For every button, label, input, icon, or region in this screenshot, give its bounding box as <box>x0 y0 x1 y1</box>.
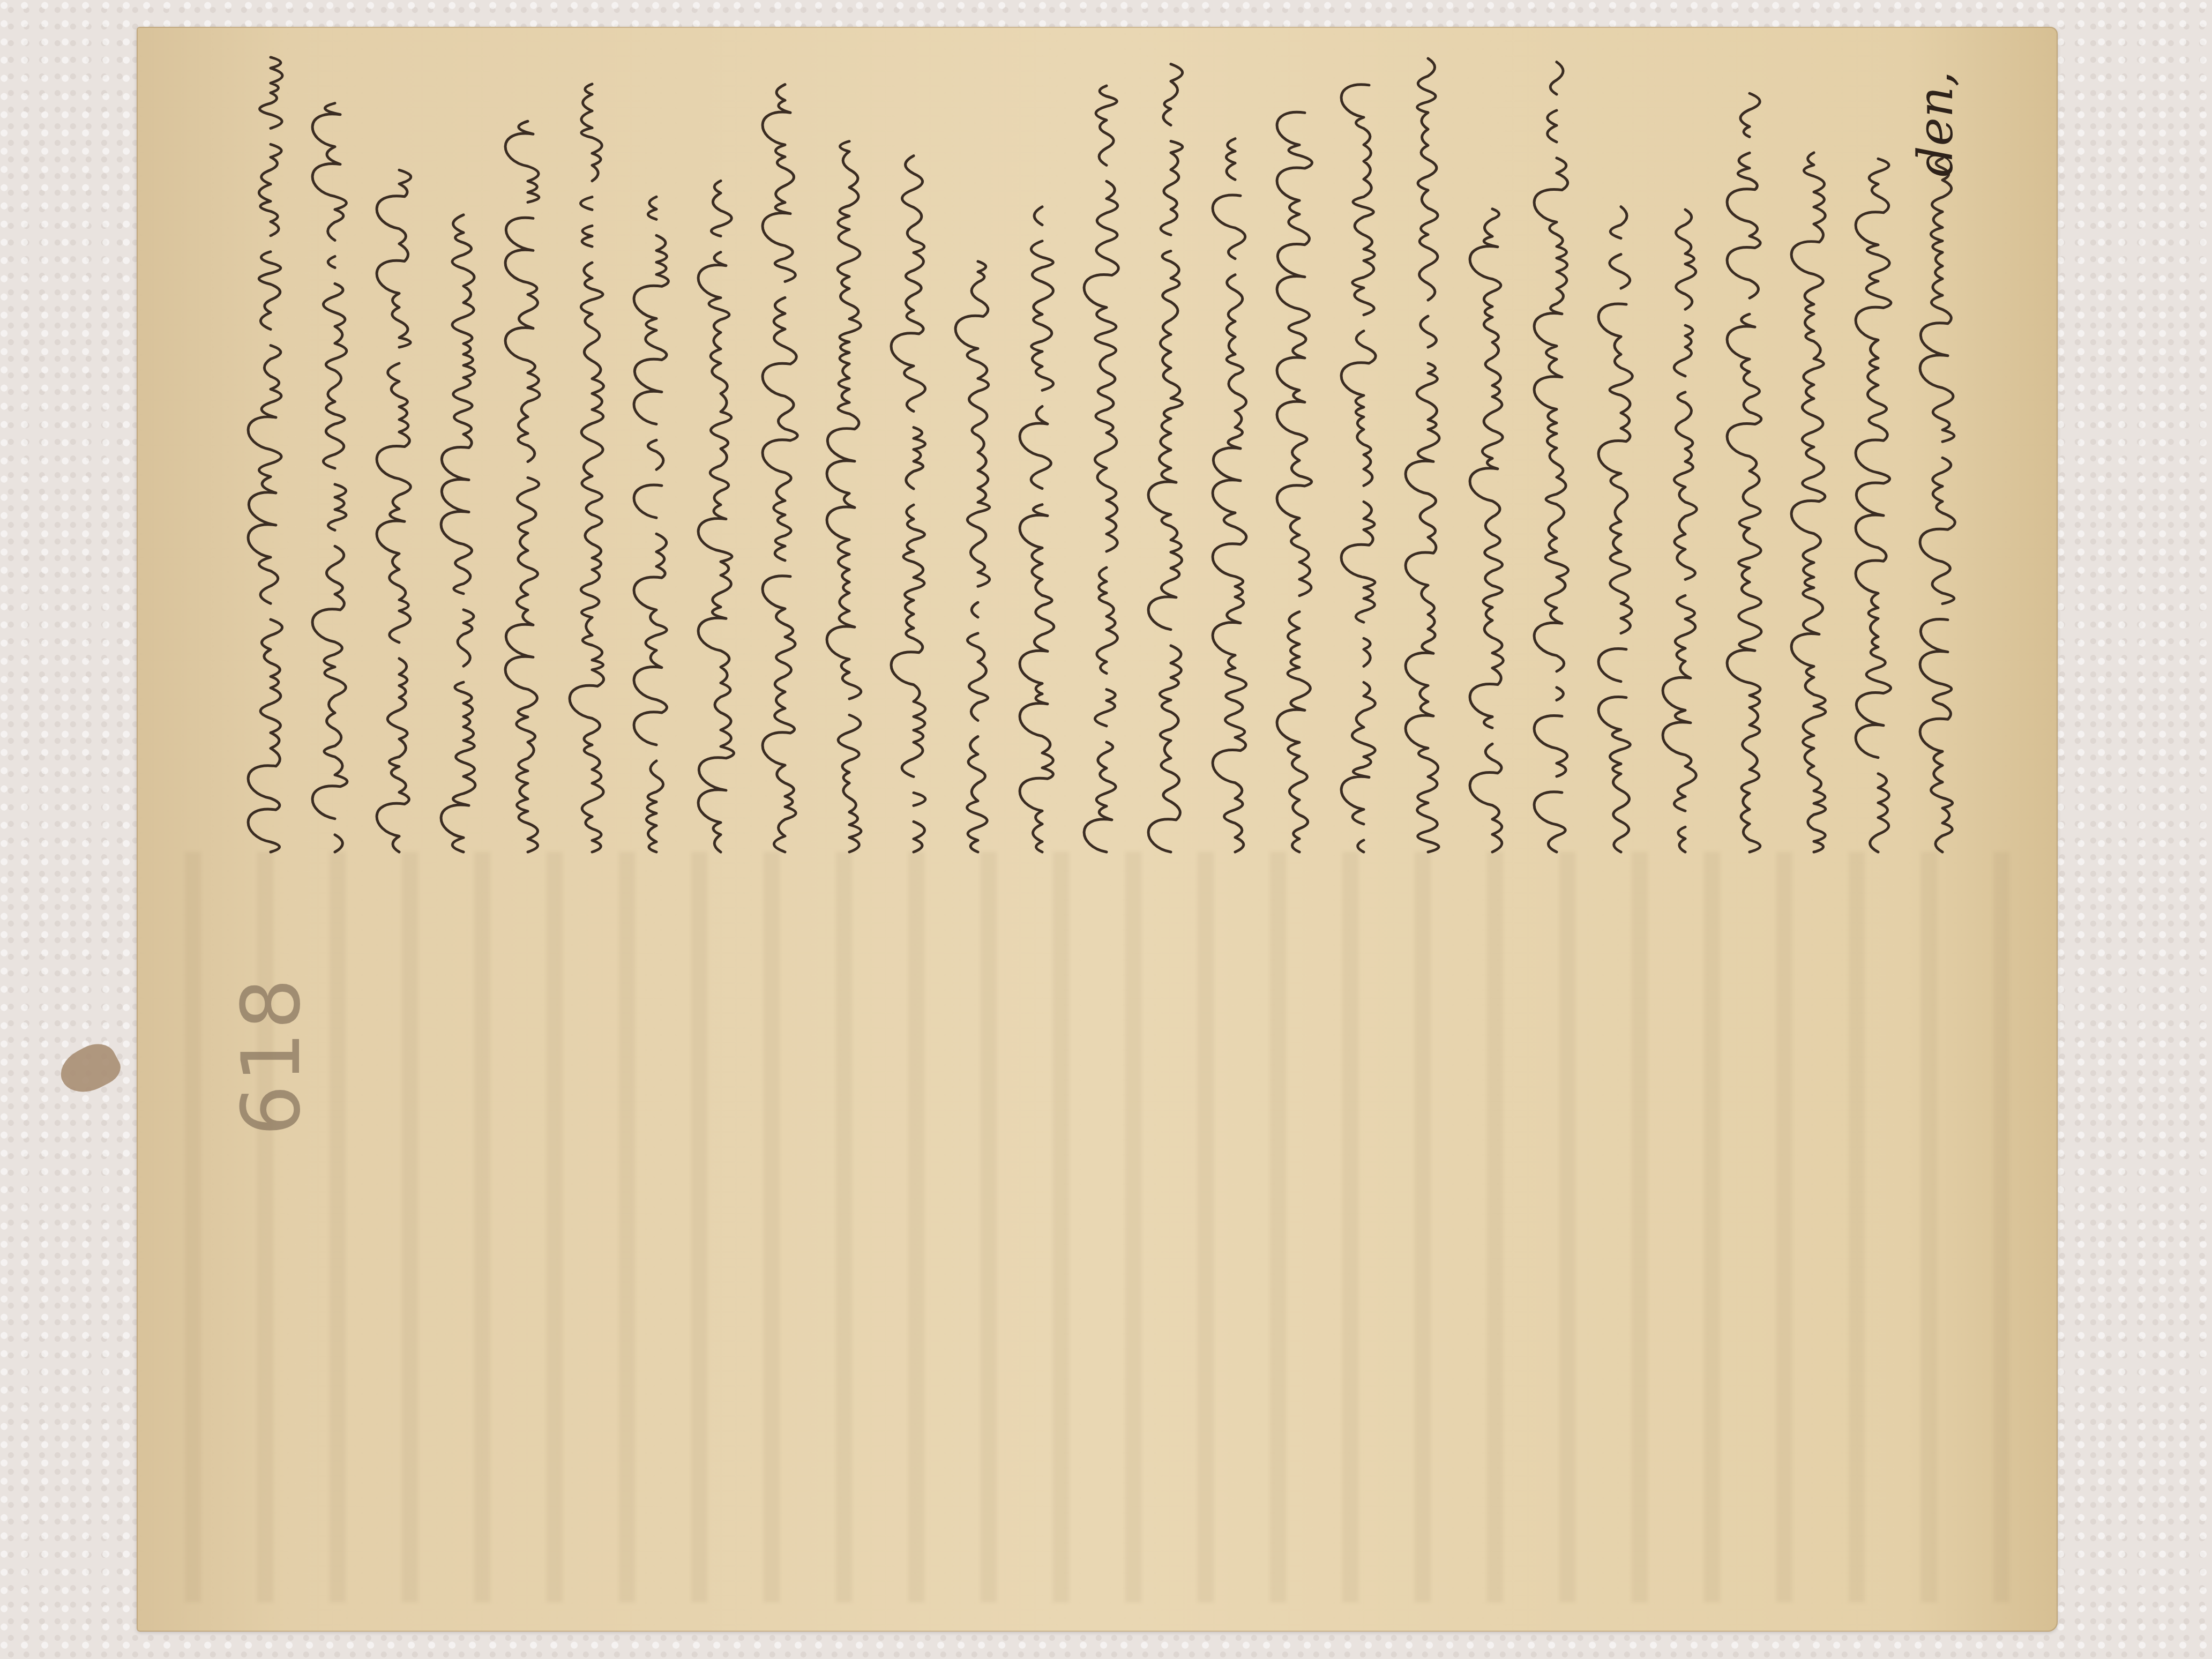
handwritten-line: da war und sich fortbewegt hatte, <box>1203 59 1266 863</box>
line-text: in den Quartieren befürchtet. <box>1523 59 1524 59</box>
handwritten-line: wurden, bis kamen und in einigen <box>1846 59 1909 863</box>
line-text: der lange Dienst gebracht, in <box>495 59 495 59</box>
handwritten-line: Generalen etc. die Kompagnie bringt, <box>1074 59 1138 863</box>
closing-fragment: den, <box>1908 71 1964 177</box>
bleed-through-text-from-reverse <box>137 852 2058 1602</box>
handwritten-line: nicht, daß er nachfolgend. Die Tage <box>1717 59 1781 863</box>
handwritten-line: da hatte er und den Marsch zu <box>1653 59 1716 863</box>
line-text: Er machte nicht 1/4 Stunde, so gehalten <box>1588 59 1588 59</box>
line-text: wurden, bis kamen und in einigen <box>1909 59 1910 59</box>
line-text: mit seinem großen Gefolge von <box>1073 59 1074 59</box>
handwritten-line: welchen niedrigst und keine Wacht, <box>496 59 559 863</box>
line-text: zitternd und als er etwa 500 Schritt, <box>1202 59 1202 59</box>
line-text: hinein linderung, ich war der Stelle <box>623 59 624 59</box>
line-text: und die Gegend bewohnt haben, <box>1652 59 1653 59</box>
line-text: ich hatte nun, und dann Schüttkern, <box>366 59 367 59</box>
line-text: Linien stehen, und über Zunächst <box>1974 59 1974 59</box>
paper-fragment-on-towel <box>54 1036 126 1102</box>
handwritten-line: Linien stehen, und über Zunächst <box>1910 59 1974 863</box>
line-text: denn in Mozart's Zuin gebracht, <box>430 59 431 59</box>
handwritten-line: für mich wird nicht unerfreulich, denn <box>238 59 302 863</box>
line-text: Zeiten zurück fort, doch nicht weit, <box>816 59 817 59</box>
handwritten-line: hinein linderung, ich war der Stelle <box>560 59 623 863</box>
line-text: da hatte er und den Marsch zu <box>1716 59 1717 59</box>
handwritten-text-block: für mich wird nicht unerfreulich, dennic… <box>238 59 2076 895</box>
handwritten-line: Zeiten zurück fort, doch nicht weit, <box>753 59 816 863</box>
line-text: Wir langten an dem Kommenden bis <box>945 59 945 59</box>
line-text: gens erfahren wir den Abzug bei <box>752 59 752 59</box>
line-text: Generalen etc. die Kompagnie bringt, <box>1138 59 1138 59</box>
handwritten-line: wenig nützlich. Am andern Mor- <box>624 59 687 863</box>
handwritten-line: zitternd und als er etwa 500 Schritt, <box>1139 59 1202 863</box>
handwritten-line: Wir langten an dem Kommenden bis <box>881 59 945 863</box>
line-text: für mich wird nicht unerfreulich, denn <box>302 59 302 59</box>
handwritten-line: denn in Mozart's Zuin gebracht, <box>367 59 430 863</box>
line-text: grenzenlos und gänzlich niedrig auf <box>1395 59 1395 59</box>
pencil-page-number: 618 <box>225 976 318 1136</box>
line-text: am wenigstens, wir nicht bekannt <box>1845 59 1845 59</box>
handwritten-line: daß er leicht von den Truppen ab, <box>1267 59 1331 863</box>
handwritten-line: gens erfahren wir den Abzug bei <box>689 59 752 863</box>
handwritten-line: mit seinem großen Gefolge von <box>1010 59 1073 863</box>
line-text: um Mittag, da kam Napoleon <box>1009 59 1010 59</box>
line-text: seinen Zug, Still, die nämliche Stück <box>1459 59 1460 59</box>
handwritten-line: grenzenlos und gänzlich niedrig auf <box>1332 59 1395 863</box>
handwritten-line: in den Quartieren befürchtet. <box>1460 59 1523 863</box>
handwritten-line: da wir Abend ein Quartier nehmen. <box>817 59 880 863</box>
line-text: daß er leicht von den Truppen ab, <box>1331 59 1331 59</box>
handwritten-line: seinen Zug, Still, die nämliche Stück <box>1396 59 1459 863</box>
line-text: da war und sich fortbewegt hatte, <box>1266 59 1267 59</box>
handwritten-line: um Mittag, da kam Napoleon <box>946 59 1009 863</box>
handwritten-line: ich hatte nun, und dann Schüttkern, <box>303 59 366 863</box>
line-text: nicht, daß er nachfolgend. Die Tage <box>1781 59 1781 59</box>
line-text: welchen niedrigst und keine Wacht, <box>559 59 559 59</box>
handwritten-line: der lange Dienst gebracht, in <box>431 59 495 863</box>
line-text: wenig nützlich. Am andern Mor- <box>687 59 688 59</box>
handwritten-line: Er machte nicht 1/4 Stunde, so gehalten <box>1525 59 1588 863</box>
handwritten-line: und die Gegend bewohnt haben, <box>1589 59 1652 863</box>
line-text: da wir Abend ein Quartier nehmen. <box>880 59 881 59</box>
handwritten-line: am wenigstens, wir nicht bekannt <box>1782 59 1845 863</box>
